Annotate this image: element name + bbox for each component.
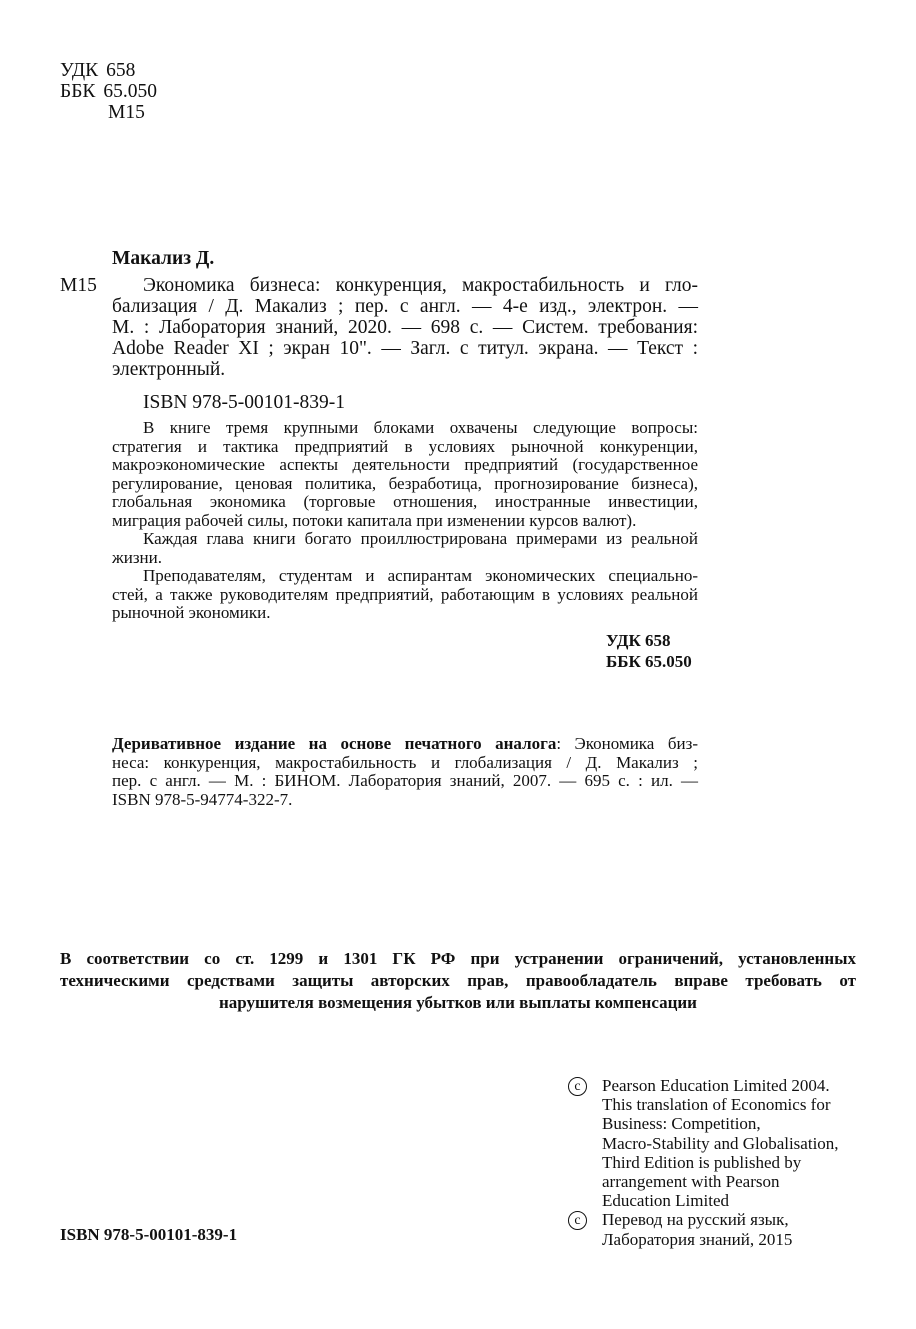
udk-bottom: УДК 658 [606, 630, 692, 651]
legal-notice: В соответствии со ст. 1299 и 1301 ГК РФ … [60, 948, 856, 1014]
udk-value: 658 [106, 60, 135, 81]
derivative-line: Деривативное издание на основе печатного… [112, 735, 698, 754]
legal-line: нарушителя возмещения убытков или выплат… [60, 992, 856, 1014]
author-name: Макализ Д. [112, 248, 214, 269]
annotation-line: рыночной экономики. [112, 604, 698, 623]
derivative-line: ISBN 978-5-94774-322-7. [112, 791, 698, 810]
copyright-line: Перевод на русский язык, [602, 1210, 858, 1229]
description-line: электронный. [112, 359, 698, 380]
description-line: бализация / Д. Макализ ; пер. с англ. — … [112, 296, 698, 317]
annotation-line: глобальная экономика (торговые отношения… [112, 493, 698, 512]
annotation: В книге тремя крупными блоками охвачены … [112, 419, 698, 623]
isbn-footer: ISBN 978-5-00101-839-1 [60, 1226, 237, 1245]
derivative-edition: Деривативное издание на основе печатного… [112, 735, 698, 809]
legal-line: техническими средствами защиты авторских… [60, 970, 856, 992]
copyright-line: Third Edition is published by [602, 1153, 858, 1172]
derivative-label: Деривативное издание на основе печатного… [112, 734, 556, 753]
annotation-line: стей, а также руководителям предприятий,… [112, 586, 698, 605]
annotation-line: регулирование, ценовая политика, безрабо… [112, 475, 698, 494]
udk-label: УДК [60, 60, 98, 81]
copyright-original: c Pearson Education Limited 2004. This t… [568, 1076, 858, 1210]
description-line: Экономика бизнеса: конкуренция, макроста… [112, 275, 698, 296]
bbk-top: ББК65.050 [60, 81, 157, 102]
copyright-icon: c [568, 1077, 587, 1096]
copyright-line: This translation of Economics for [602, 1095, 858, 1114]
derivative-line: пер. с англ. — М. : БИНОМ. Лаборатория з… [112, 772, 698, 791]
udk-top: УДК658 [60, 60, 157, 81]
classification-top: УДК658 ББК65.050 М15 [60, 60, 157, 123]
annotation-line: стратегия и тактика предприятий в услови… [112, 438, 698, 457]
bbk-label: ББК [60, 81, 95, 102]
legal-line: В соответствии со ст. 1299 и 1301 ГК РФ … [60, 948, 856, 970]
bbk-value: 65.050 [103, 81, 157, 102]
annotation-line: В книге тремя крупными блоками охвачены … [112, 419, 698, 438]
copyright-icon: c [568, 1211, 587, 1230]
copyright-translation: c Перевод на русский язык, Лаборатория з… [568, 1210, 858, 1248]
description-line: Adobe Reader XI ; экран 10". — Загл. с т… [112, 338, 698, 359]
copyright-line: Лаборатория знаний, 2015 [602, 1230, 858, 1249]
copyright-line: Business: Competition, [602, 1114, 858, 1133]
copyright-line: arrangement with Pearson [602, 1172, 858, 1191]
classification-bottom: УДК 658 ББК 65.050 [606, 630, 692, 672]
derivative-line1-rest: : Экономика биз- [556, 734, 698, 753]
author-mark-top: М15 [60, 102, 157, 123]
annotation-line: жизни. [112, 549, 698, 568]
copyright-line: Education Limited [602, 1191, 858, 1210]
copyright-line: Pearson Education Limited 2004. [602, 1076, 858, 1095]
author-mark-side: М15 [60, 275, 97, 296]
annotation-line: Преподавателям, студентам и аспирантам э… [112, 567, 698, 586]
copyright-block: c Pearson Education Limited 2004. This t… [568, 1076, 858, 1249]
annotation-line: макроэкономические аспекты деятельности … [112, 456, 698, 475]
copyright-line: Macro-Stability and Globalisation, [602, 1134, 858, 1153]
description-line: М. : Лаборатория знаний, 2020. — 698 с. … [112, 317, 698, 338]
isbn-record: ISBN 978-5-00101-839-1 [143, 392, 345, 413]
annotation-line: миграция рабочей силы, потоки капитала п… [112, 512, 698, 531]
derivative-line: неса: конкуренция, макростабильность и г… [112, 754, 698, 773]
bibliographic-description: Экономика бизнеса: конкуренция, макроста… [112, 275, 698, 380]
annotation-line: Каждая глава книги богато проиллюстриров… [112, 530, 698, 549]
bbk-bottom: ББК 65.050 [606, 651, 692, 672]
